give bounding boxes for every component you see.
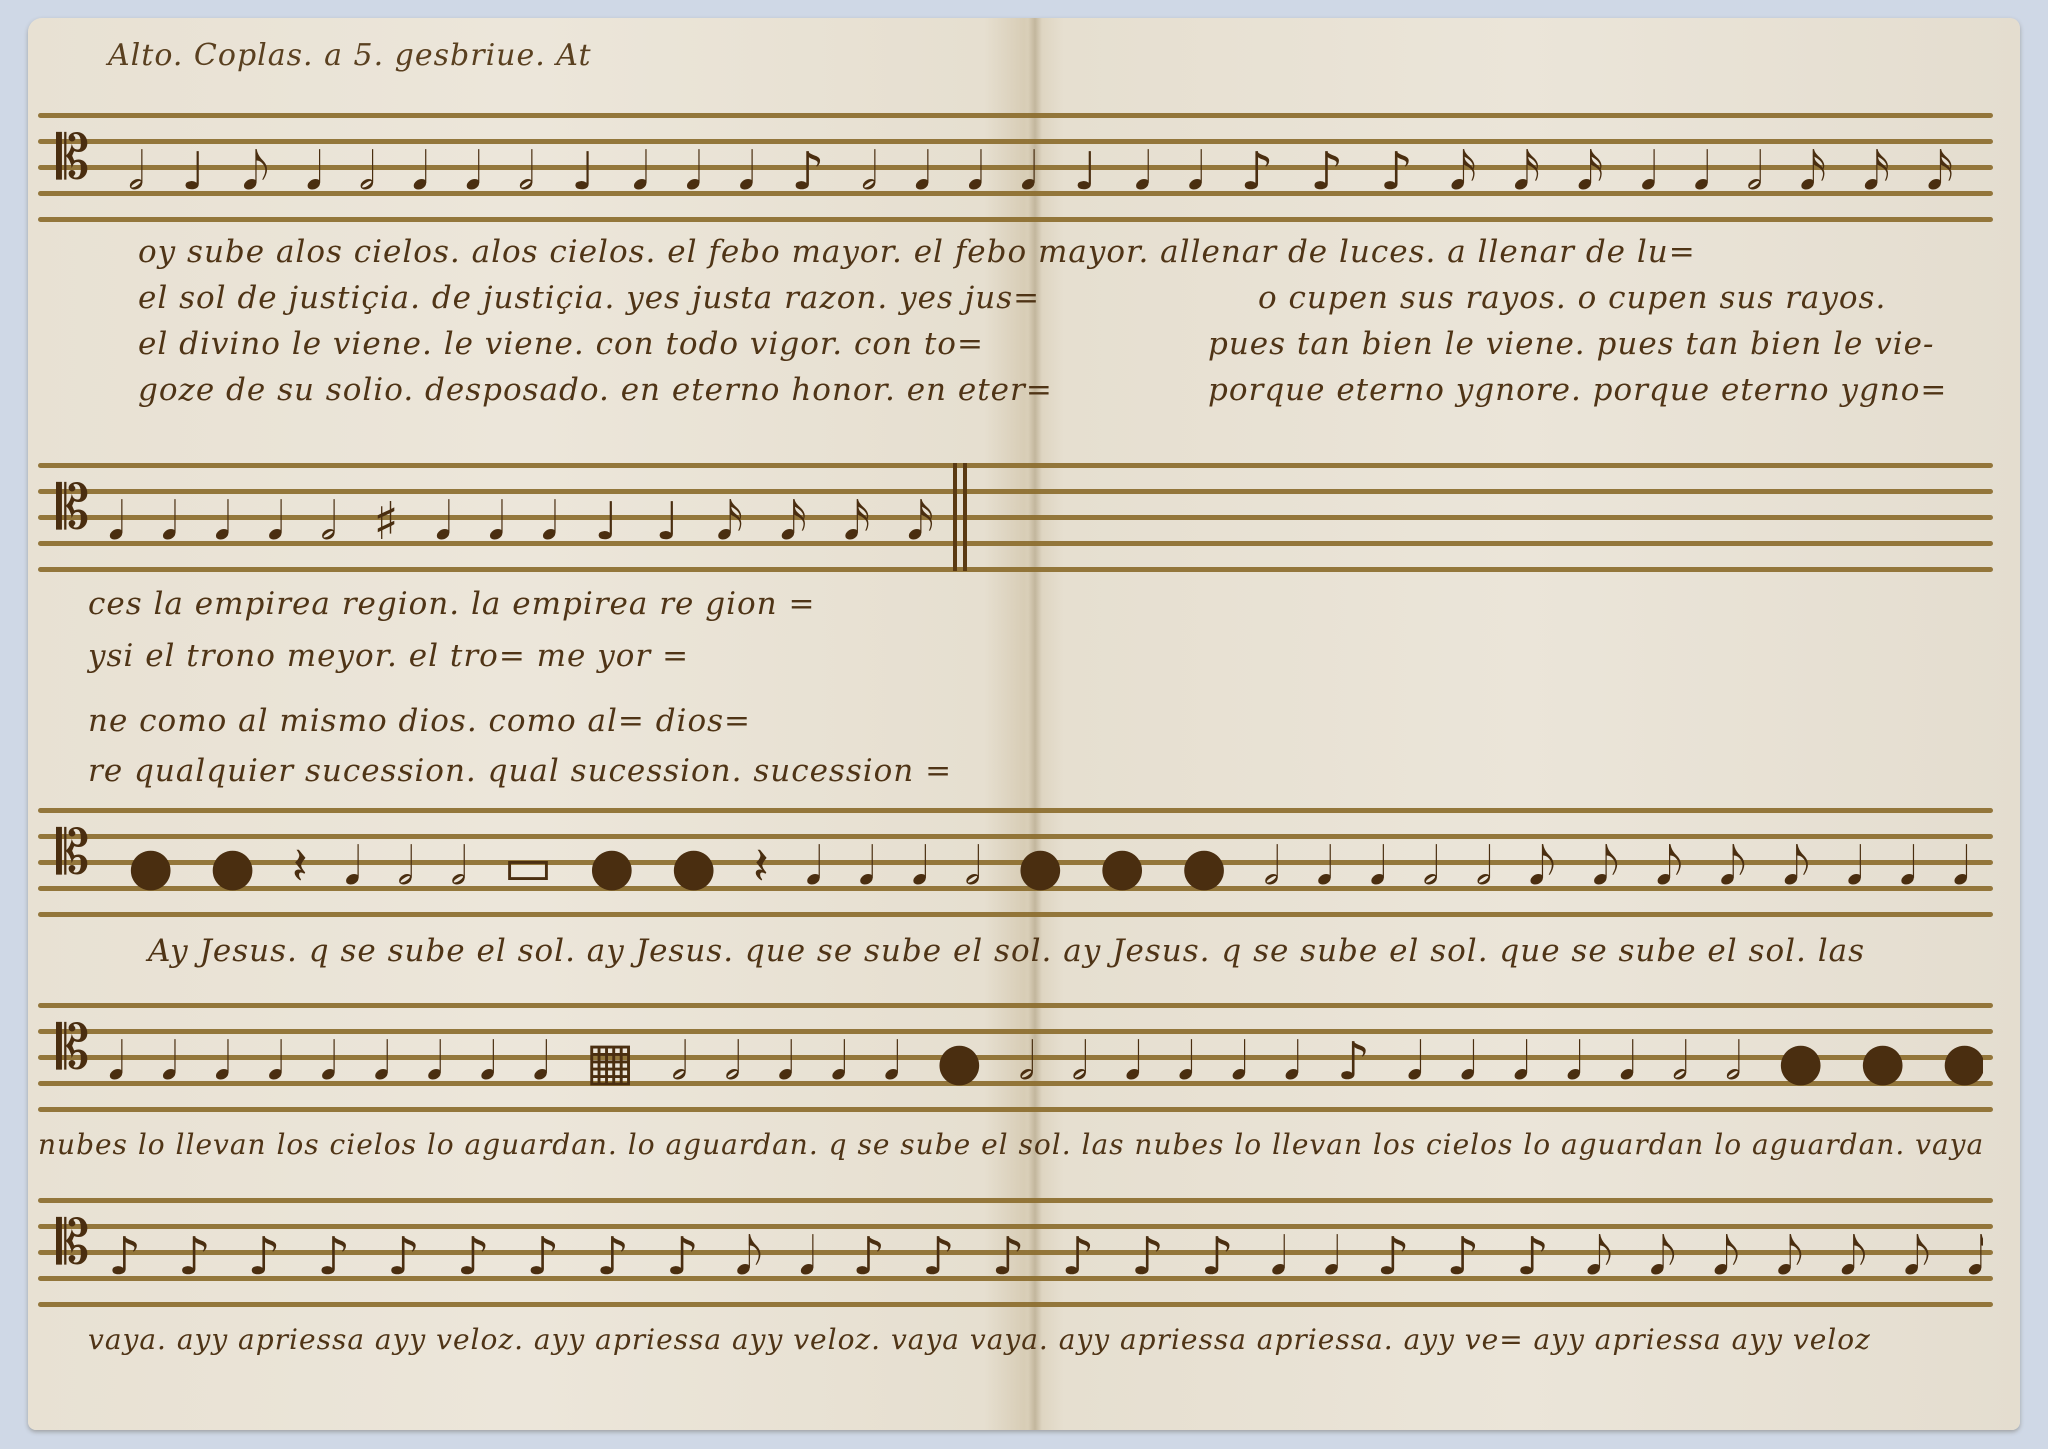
manuscript-sheet: Alto. Coplas. a 5. gesbriue. At 𝄡 𝅗𝅥 ♩ 𝅘… xyxy=(28,18,2020,1430)
lyric-line: re qualquier sucession. qual sucession. … xyxy=(88,753,952,789)
lyric-line: ne como al mismo dios. como al= dios= xyxy=(88,703,751,739)
lyric-line: goze de su solio. desposado. en eterno h… xyxy=(138,372,1053,408)
c-clef-icon: 𝄡 xyxy=(56,1013,89,1083)
lyric-line: vaya. ayy apriessa ayy veloz. ayy apries… xyxy=(88,1323,1871,1356)
lyric-line: nubes lo llevan los cielos lo aguardan. … xyxy=(38,1128,1984,1161)
header-annotation: Alto. Coplas. a 5. gesbriue. At xyxy=(108,38,592,73)
notes-system-2: 𝅘𝅥 𝅘𝅥 𝅘𝅥 𝅘𝅥 𝅗𝅥 ♯ 𝅘𝅥 𝅘𝅥 𝅘𝅥 ♩ ♩ 𝅘𝅥𝅯 𝅘𝅥𝅯 𝅘𝅥… xyxy=(108,477,943,567)
final-barline xyxy=(963,463,967,571)
lyric-line: el divino le viene. le viene. con todo v… xyxy=(138,326,984,362)
c-clef-icon: 𝄡 xyxy=(56,123,89,193)
notes-system-4: 𝅘𝅥 𝅘𝅥 𝅘𝅥 𝅘𝅥 𝅘𝅥 𝅘𝅥 𝅘𝅥 𝅘𝅥 𝅘𝅥 ▦ 𝅗𝅥 𝅗𝅥 𝅘𝅥 𝅘𝅥… xyxy=(108,1017,1983,1107)
c-clef-icon: 𝄡 xyxy=(56,1208,89,1278)
lyric-line-right: pues tan bien le viene. pues tan bien le… xyxy=(1208,326,1934,362)
c-clef-icon: 𝄡 xyxy=(56,473,89,543)
lyric-line: ysi el trono meyor. el tro= me yor = xyxy=(88,638,689,674)
lyric-line-right: porque eterno ygnore. porque eterno ygno… xyxy=(1208,372,1947,408)
notes-system-3: ● ● 𝄽 𝅘𝅥 𝅗𝅥 𝅗𝅥 ▭ ● ● 𝄽 𝅘𝅥 𝅘𝅥 𝅘𝅥 𝅗𝅥 ● ● ●… xyxy=(128,822,1983,912)
lyric-line: el sol de justiçia. de justiçia. yes jus… xyxy=(138,280,1040,316)
lyric-line: Ay Jesus. q se sube el sol. ay Jesus. qu… xyxy=(148,933,1865,969)
lyric-line: oy sube alos cielos. alos cielos. el feb… xyxy=(138,234,1696,270)
notes-system-5: ♪ ♪ ♪ ♪ ♪ ♪ ♪ ♪ ♪ 𝅘𝅥𝅮 𝅘𝅥 ♪ ♪ ♪ ♪ ♪ ♪ 𝅘𝅥 … xyxy=(108,1212,1983,1302)
notes-system-1: 𝅗𝅥 ♩ 𝅘𝅥𝅮 𝅘𝅥 𝅗𝅥 𝅘𝅥 𝅘𝅥 𝅗𝅥 ♩ 𝅘𝅥 𝅘𝅥 𝅘𝅥 ♪ 𝅗𝅥 … xyxy=(128,127,1983,217)
final-barline xyxy=(953,463,957,571)
lyric-line-right: o cupen sus rayos. o cupen sus rayos. xyxy=(1258,280,1886,316)
c-clef-icon: 𝄡 xyxy=(56,818,89,888)
lyric-line: ces la empirea region. la empirea re gio… xyxy=(88,586,815,622)
